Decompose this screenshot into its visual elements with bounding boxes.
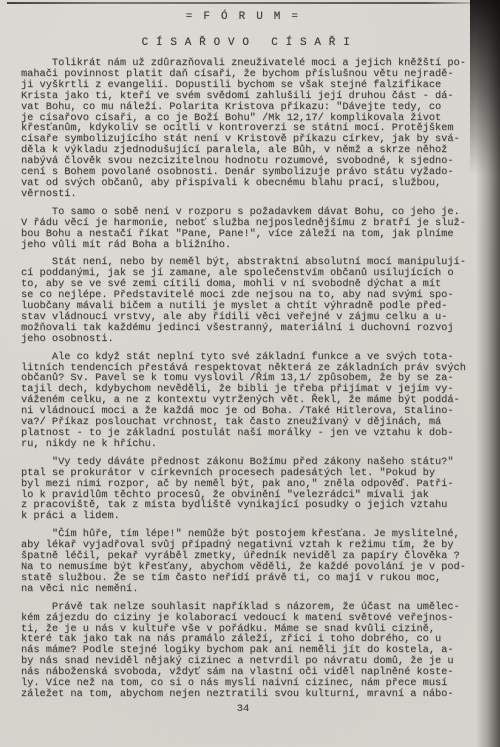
paragraph: "Čím hůře, tím lépe!" nemůže být postoje… (21, 529, 487, 594)
paragraph: Stát není, nebo by neměl být, abstraktní… (21, 257, 487, 344)
article-body: Tolikrát nám už zdůrazňovali zneuživatel… (21, 58, 487, 707)
paragraph: Tolikrát nám už zdůrazňovali zneuživatel… (21, 58, 487, 200)
masthead: = F Ó R U M = (0, 11, 486, 23)
page-title: C Í S A Ř O V O C Í S A Ř I (0, 37, 492, 49)
paragraph: Ale co když stát neplní tyto své základn… (21, 352, 487, 450)
scan-artifact-top-line (7, 2, 471, 4)
paragraph: Právě tak nelze souhlasit například s ná… (21, 602, 487, 700)
paragraph: "Vy tedy dáváte přednost zákonu Božímu p… (21, 457, 487, 522)
page-number: 34 (0, 703, 486, 715)
paragraph: To samo o sobě není v rozporu s požadavk… (21, 207, 487, 251)
